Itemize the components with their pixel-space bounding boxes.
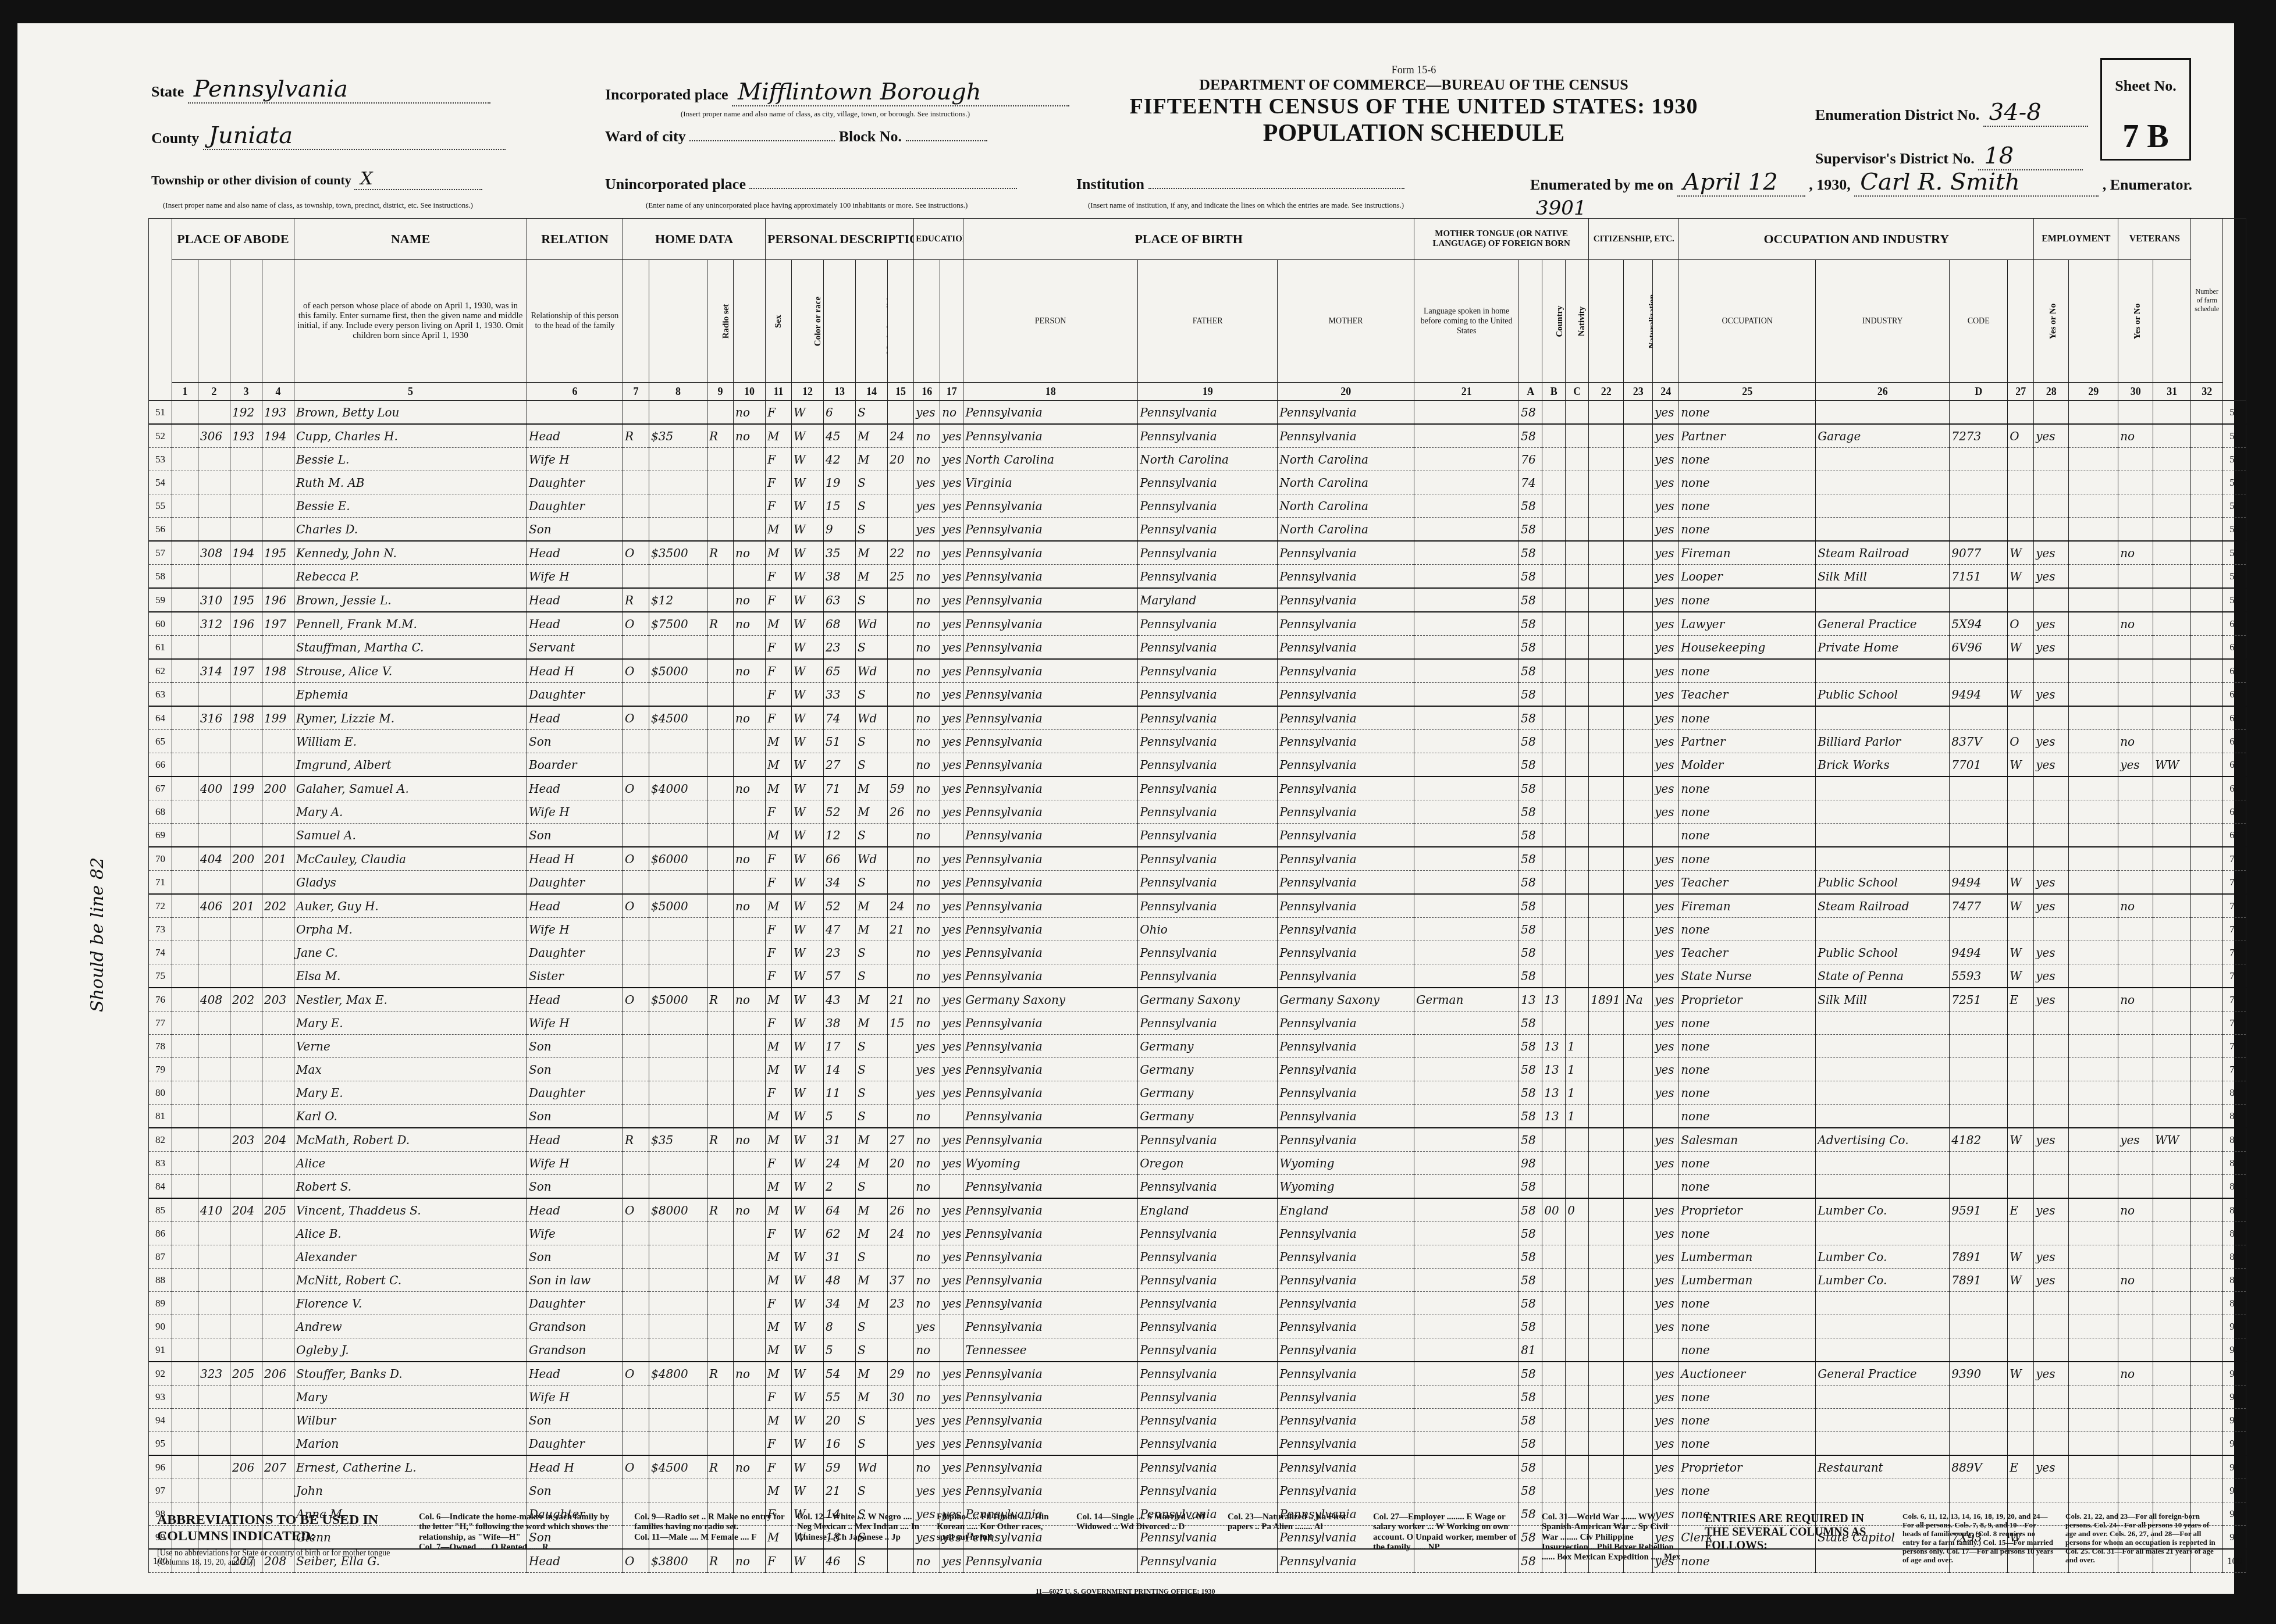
cell-radio: R (707, 1455, 734, 1479)
cell-work (2034, 918, 2069, 941)
cell-occupation: none (1679, 1105, 1816, 1128)
cell-code-d (1950, 1386, 2008, 1409)
cell-work (2034, 471, 2069, 494)
cell-code-d (1950, 1315, 2008, 1338)
ward-field: Ward of city Block No. (605, 128, 987, 145)
cell-farm-sched (2191, 730, 2223, 753)
cell-race: W (792, 706, 824, 730)
cell-name: Jane C. (294, 941, 527, 964)
cell-lang (1414, 1269, 1519, 1292)
cell-race: W (792, 777, 824, 800)
cell-house (198, 518, 230, 542)
cell-natur (1624, 730, 1653, 753)
cell-pob-m: Pennsylvania (1278, 941, 1414, 964)
cell-value (649, 565, 707, 589)
table-row: 61Stauffman, Martha C.ServantFW23SnoyesP… (149, 636, 2246, 660)
cell-industry: Advertising Co. (1816, 1128, 1950, 1152)
abbr-col14: Col. 14—Single .... S Married ... M Wido… (1076, 1512, 1210, 1533)
cell-pob-f: Pennsylvania (1138, 683, 1278, 707)
cell-house (198, 683, 230, 707)
population-schedule-table: PLACE OF ABODE NAME RELATION HOME DATA P… (148, 218, 2246, 1573)
cell-radio: R (707, 424, 734, 448)
line-number-right: 94 (2223, 1409, 2246, 1432)
cell-pob-f: Pennsylvania (1138, 565, 1278, 589)
cell-farm-sched (2191, 565, 2223, 589)
incorporated-value: Mifflintown Borough (732, 79, 1069, 106)
cell-tenure (623, 565, 649, 589)
cell-industry: Lumber Co. (1816, 1269, 1950, 1292)
line-number-right: 91 (2223, 1338, 2246, 1362)
cell-house (198, 964, 230, 988)
cell-code-b (1542, 706, 1566, 730)
cell-pob-f: Pennsylvania (1138, 1409, 1278, 1432)
cell-occupation: Salesman (1679, 1128, 1816, 1152)
cell-tenure (623, 1152, 649, 1175)
cell-age-marr (888, 1455, 914, 1479)
cell-pob-m: Pennsylvania (1278, 1245, 1414, 1269)
cell-pob: Pennsylvania (963, 683, 1138, 707)
cell-war (2153, 730, 2191, 753)
line-number: 92 (149, 1362, 172, 1386)
cell-age: 31 (824, 1128, 856, 1152)
cell-street (172, 541, 198, 565)
cell-farm-sched (2191, 471, 2223, 494)
cell-war (2153, 1058, 2191, 1081)
cell-pob: Pennsylvania (963, 1455, 1138, 1479)
cell-read: yes (940, 1012, 963, 1035)
cell-school: no (914, 1105, 940, 1128)
line-number-right: 97 (2223, 1479, 2246, 1502)
cell-pob-m: Germany Saxony (1278, 988, 1414, 1012)
col-b-header: Country (1542, 260, 1566, 383)
cell-industry (1816, 777, 1950, 800)
cell-dwelling (230, 1175, 262, 1199)
cell-industry: Brick Works (1816, 753, 1950, 777)
cell-farm-sched (2191, 800, 2223, 824)
cell-age-marr: 37 (888, 1269, 914, 1292)
cell-pob-m: Pennsylvania (1278, 1012, 1414, 1035)
cell-farm-sched (2191, 1222, 2223, 1245)
cell-school: yes (914, 1479, 940, 1502)
cell-code-a: 58 (1519, 565, 1542, 589)
cell-code-c (1566, 1245, 1589, 1269)
cell-work: yes (2034, 636, 2069, 660)
cell-relation: Wife H (527, 448, 623, 471)
cell-unemp (2069, 706, 2118, 730)
cell-age: 6 (824, 401, 856, 425)
cell-farm-sched (2191, 1315, 2223, 1338)
cell-value (649, 1058, 707, 1081)
cell-work: yes (2034, 612, 2069, 636)
cell-farm-sched (2191, 588, 2223, 612)
line-number-header-right (2223, 219, 2246, 401)
cell-lang (1414, 964, 1519, 988)
cell-value (649, 1035, 707, 1058)
line-number-right: 59 (2223, 588, 2246, 612)
col-27-header: Class of worker (2008, 260, 2034, 383)
incorporated-note: (Insert proper name and also name of cla… (681, 109, 970, 119)
line-number: 81 (149, 1105, 172, 1128)
cell-code-a: 58 (1519, 541, 1542, 565)
cell-pob-m: Pennsylvania (1278, 918, 1414, 941)
cell-industry: Restaurant (1816, 1455, 1950, 1479)
col-10-number: 10 (734, 383, 766, 401)
cell-unemp (2069, 1386, 2118, 1409)
cell-value (649, 683, 707, 707)
cell-english: yes (1653, 541, 1679, 565)
cell-industry (1816, 1479, 1950, 1502)
cell-family (262, 1035, 294, 1058)
line-number: 79 (149, 1058, 172, 1081)
cell-code-d: 9494 (1950, 683, 2008, 707)
cell-read: yes (940, 683, 963, 707)
cell-value (649, 1386, 707, 1409)
cell-pob-f: Germany (1138, 1035, 1278, 1058)
cell-war (2153, 494, 2191, 518)
cell-farm (734, 871, 766, 895)
col-2-header: House number (in cities or towns) (198, 260, 230, 383)
cell-name: Brown, Betty Lou (294, 401, 527, 425)
cell-tenure (623, 1409, 649, 1432)
cell-dwelling: 195 (230, 588, 262, 612)
cell-immig (1589, 1386, 1624, 1409)
cell-pob-f: Pennsylvania (1138, 612, 1278, 636)
cell-occupation: Proprietor (1679, 1455, 1816, 1479)
cell-pob-m: Pennsylvania (1278, 1409, 1414, 1432)
cell-vet (2118, 1409, 2153, 1432)
cell-occupation: none (1679, 448, 1816, 471)
cell-class: W (2008, 753, 2034, 777)
enumeration-date: April 12 (1677, 169, 1805, 197)
cell-dwelling: 204 (230, 1198, 262, 1222)
cell-class (2008, 918, 2034, 941)
line-number: 55 (149, 494, 172, 518)
enumerator-name: Carl R. Smith (1854, 169, 2099, 197)
table-row: 83AliceWife HFW24M20noyesWyomingOregonWy… (149, 1152, 2246, 1175)
cell-class (2008, 1479, 2034, 1502)
cell-street (172, 1035, 198, 1058)
cell-value (649, 1432, 707, 1456)
cell-code-c (1566, 494, 1589, 518)
cell-tenure: O (623, 1549, 649, 1573)
cell-race: W (792, 1386, 824, 1409)
cell-code-b: 13 (1542, 1105, 1566, 1128)
cell-value (649, 1105, 707, 1128)
cell-work (2034, 1035, 2069, 1058)
cell-english: yes (1653, 1152, 1679, 1175)
col-b-number: B (1542, 383, 1566, 401)
table-row: 52306193194Cupp, Charles H.HeadR$35RnoMW… (149, 424, 2246, 448)
cell-family (262, 964, 294, 988)
cell-farm: no (734, 1455, 766, 1479)
cell-occupation: Molder (1679, 753, 1816, 777)
cell-class: W (2008, 1269, 2034, 1292)
cell-age-marr (888, 871, 914, 895)
cell-immig (1589, 941, 1624, 964)
cell-dwelling (230, 683, 262, 707)
cell-tenure: R (623, 1128, 649, 1152)
cell-farm (734, 964, 766, 988)
cell-code-d (1950, 471, 2008, 494)
cell-value (649, 824, 707, 847)
cell-read: yes (940, 988, 963, 1012)
cell-read: yes (940, 800, 963, 824)
cell-code-c: 1 (1566, 1058, 1589, 1081)
cell-lang (1414, 824, 1519, 847)
cell-occupation: none (1679, 494, 1816, 518)
cell-marital: S (856, 401, 888, 425)
cell-age-marr (888, 1315, 914, 1338)
cell-immig (1589, 753, 1624, 777)
cell-race: W (792, 1175, 824, 1199)
cell-age-marr: 24 (888, 424, 914, 448)
cell-industry: Billiard Parlor (1816, 730, 1950, 753)
col-16-header: Attended school or college any time sinc… (914, 260, 940, 383)
cell-lang (1414, 1432, 1519, 1456)
cell-code-d: 837V (1950, 730, 2008, 753)
cell-pob: Virginia (963, 471, 1138, 494)
cell-lang (1414, 706, 1519, 730)
cell-unemp (2069, 1432, 2118, 1456)
cell-war (2153, 448, 2191, 471)
cell-unemp (2069, 683, 2118, 707)
cell-radio (707, 941, 734, 964)
cell-school: no (914, 1198, 940, 1222)
cell-industry (1816, 1175, 1950, 1199)
cell-read: yes (940, 777, 963, 800)
cell-value (649, 800, 707, 824)
line-number-right: 66 (2223, 753, 2246, 777)
col-12-header: Color or race (792, 260, 824, 383)
line-number: 95 (149, 1432, 172, 1456)
cell-work (2034, 777, 2069, 800)
cell-dwelling (230, 448, 262, 471)
cell-work: yes (2034, 1362, 2069, 1386)
cell-war (2153, 706, 2191, 730)
cell-value: $4500 (649, 1455, 707, 1479)
cell-pob-m: Pennsylvania (1278, 401, 1414, 425)
cell-english: yes (1653, 1012, 1679, 1035)
cell-code-b: 00 (1542, 1198, 1566, 1222)
cell-name: Verne (294, 1035, 527, 1058)
cell-lang (1414, 1549, 1519, 1573)
cell-tenure (623, 518, 649, 542)
line-number: 54 (149, 471, 172, 494)
cell-farm: no (734, 659, 766, 683)
cell-code-b (1542, 964, 1566, 988)
cell-english: yes (1653, 588, 1679, 612)
cell-industry (1816, 824, 1950, 847)
cell-relation: Wife (527, 1222, 623, 1245)
col-13-number: 13 (824, 383, 856, 401)
line-number-right: 52 (2223, 424, 2246, 448)
cell-farm (734, 494, 766, 518)
cell-sex: F (766, 588, 792, 612)
cell-code-d (1950, 1105, 2008, 1128)
cell-war (2153, 1362, 2191, 1386)
cell-race: W (792, 588, 824, 612)
col-32-number: 32 (2191, 383, 2223, 401)
cell-age-marr: 20 (888, 1152, 914, 1175)
cell-value: $3800 (649, 1549, 707, 1573)
cell-read: yes (940, 1198, 963, 1222)
cell-street (172, 1432, 198, 1456)
cell-street (172, 1338, 198, 1362)
cell-war (2153, 565, 2191, 589)
cell-family (262, 1245, 294, 1269)
col-23-number: 23 (1624, 383, 1653, 401)
cell-unemp (2069, 494, 2118, 518)
cell-relation (527, 401, 623, 425)
cell-dwelling (230, 1058, 262, 1081)
cell-read: yes (940, 1549, 963, 1573)
col-9-header: Radio set (707, 260, 734, 383)
cell-vet (2118, 918, 2153, 941)
cell-farm-sched (2191, 1152, 2223, 1175)
col-2-number: 2 (198, 383, 230, 401)
cell-code-b (1542, 1269, 1566, 1292)
line-number: 93 (149, 1386, 172, 1409)
cell-radio (707, 824, 734, 847)
cell-age-marr: 24 (888, 1222, 914, 1245)
col-22-number: 22 (1589, 383, 1624, 401)
cell-age: 59 (824, 1455, 856, 1479)
cell-war (2153, 1222, 2191, 1245)
cell-age: 14 (824, 1058, 856, 1081)
cell-marital: S (856, 1245, 888, 1269)
cell-vet (2118, 824, 2153, 847)
cell-sex: M (766, 424, 792, 448)
cell-sex: M (766, 1128, 792, 1152)
cell-class: E (2008, 988, 2034, 1012)
cell-name: Marion (294, 1432, 527, 1456)
cell-name: Mary (294, 1386, 527, 1409)
cell-tenure (623, 1269, 649, 1292)
cell-race: W (792, 518, 824, 542)
cell-marital: S (856, 683, 888, 707)
cell-code-a: 58 (1519, 1128, 1542, 1152)
cell-farm (734, 1315, 766, 1338)
cell-age: 38 (824, 1012, 856, 1035)
cell-age: 43 (824, 988, 856, 1012)
cell-name: Florence V. (294, 1292, 527, 1315)
col-18-number: 18 (963, 383, 1138, 401)
cell-natur (1624, 1315, 1653, 1338)
cell-street (172, 706, 198, 730)
cell-lang (1414, 941, 1519, 964)
cell-class (2008, 706, 2034, 730)
cell-war (2153, 612, 2191, 636)
cell-tenure (623, 918, 649, 941)
cell-race: W (792, 1338, 824, 1362)
cell-age-marr (888, 1479, 914, 1502)
cell-street (172, 1362, 198, 1386)
cell-unemp (2069, 1479, 2118, 1502)
cell-natur (1624, 612, 1653, 636)
cell-farm (734, 753, 766, 777)
cell-occupation: Teacher (1679, 941, 1816, 964)
cell-code-c (1566, 1222, 1589, 1245)
cell-dwelling: 196 (230, 612, 262, 636)
cell-pob-m: Pennsylvania (1278, 1292, 1414, 1315)
cell-tenure (623, 941, 649, 964)
cell-age-marr: 27 (888, 1128, 914, 1152)
cell-code-b (1542, 730, 1566, 753)
cell-natur (1624, 1338, 1653, 1362)
cell-industry (1816, 471, 1950, 494)
cell-house: 312 (198, 612, 230, 636)
cell-code-c (1566, 918, 1589, 941)
cell-code-a: 58 (1519, 706, 1542, 730)
cell-radio (707, 847, 734, 871)
cell-age-marr (888, 1338, 914, 1362)
cell-code-a: 58 (1519, 730, 1542, 753)
cell-read: yes (940, 1292, 963, 1315)
cell-english: yes (1653, 941, 1679, 964)
cell-tenure (623, 471, 649, 494)
cell-dwelling (230, 1222, 262, 1245)
cell-unemp (2069, 1081, 2118, 1105)
cell-pob: Pennsylvania (963, 518, 1138, 542)
col-1-header: Street, avenue, road, etc. (172, 260, 198, 383)
cell-race: W (792, 1012, 824, 1035)
cell-name: Mary E. (294, 1081, 527, 1105)
cell-code-b (1542, 494, 1566, 518)
cell-house: 400 (198, 777, 230, 800)
cell-code-a: 76 (1519, 448, 1542, 471)
cell-occupation: none (1679, 1386, 1816, 1409)
cell-name: Stouffer, Banks D. (294, 1362, 527, 1386)
cell-immig (1589, 1198, 1624, 1222)
cell-code-a: 58 (1519, 918, 1542, 941)
cell-war (2153, 659, 2191, 683)
cell-pob-m: Pennsylvania (1278, 800, 1414, 824)
cell-school: no (914, 636, 940, 660)
cell-farm (734, 1386, 766, 1409)
cell-age: 54 (824, 1362, 856, 1386)
cell-code-c (1566, 683, 1589, 707)
cell-unemp (2069, 1222, 2118, 1245)
cell-code-d (1950, 659, 2008, 683)
cell-family: 206 (262, 1362, 294, 1386)
cell-marital: M (856, 777, 888, 800)
cell-sex: F (766, 871, 792, 895)
cell-english: yes (1653, 1432, 1679, 1456)
col-12-number: 12 (792, 383, 824, 401)
cell-pob: Pennsylvania (963, 1432, 1138, 1456)
table-row: 63EphemiaDaughterFW33SnoyesPennsylvaniaP… (149, 683, 2246, 707)
cell-unemp (2069, 518, 2118, 542)
cell-marital: Wd (856, 1455, 888, 1479)
cell-school: no (914, 1386, 940, 1409)
cell-sex: M (766, 1479, 792, 1502)
cell-relation: Son (527, 1105, 623, 1128)
cell-natur (1624, 494, 1653, 518)
col-a-header: State or M.T. (1519, 260, 1542, 383)
cell-street (172, 1175, 198, 1199)
cell-family (262, 730, 294, 753)
cell-name: William E. (294, 730, 527, 753)
cell-work: yes (2034, 565, 2069, 589)
cell-code-a: 58 (1519, 1245, 1542, 1269)
cell-pob-m: Pennsylvania (1278, 1315, 1414, 1338)
cell-age: 15 (824, 494, 856, 518)
cell-age: 66 (824, 847, 856, 871)
line-number-right: 56 (2223, 518, 2246, 542)
cell-tenure (623, 964, 649, 988)
cell-code-b: 13 (1542, 988, 1566, 1012)
cell-family (262, 1152, 294, 1175)
